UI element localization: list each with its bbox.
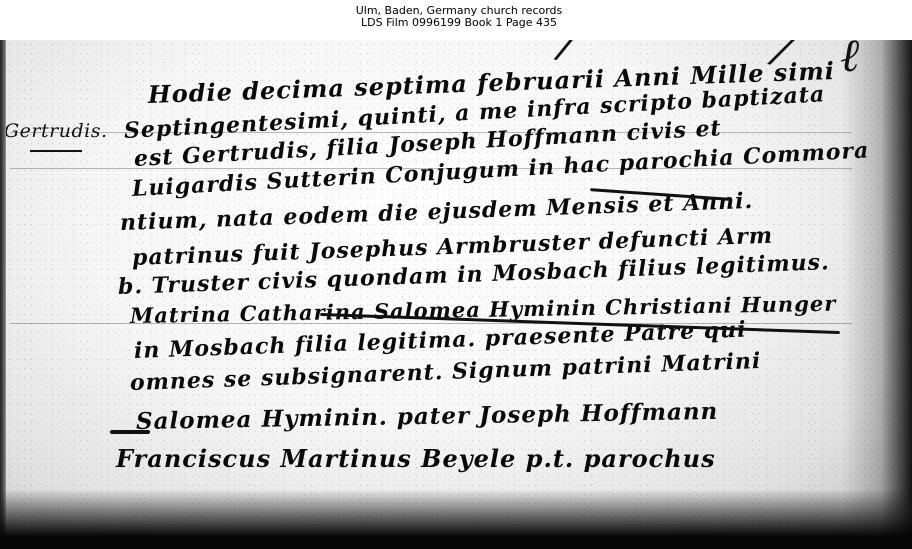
margin-name: Gertrudis. <box>4 120 108 142</box>
page-shadow-right <box>842 40 912 549</box>
image-caption: Ulm, Baden, Germany church records LDS F… <box>0 0 912 40</box>
document-scan: / / ℓ Gertrudis. Hodie decima septima fe… <box>0 40 912 549</box>
ink-mark <box>110 430 150 434</box>
record-line-12: Franciscus Martinus Beyele p.t. parochus <box>116 444 716 473</box>
binding-edge <box>0 40 6 549</box>
caption-film-reference: LDS Film 0996199 Book 1 Page 435 <box>6 17 912 29</box>
page-shadow-bottom <box>0 489 912 549</box>
